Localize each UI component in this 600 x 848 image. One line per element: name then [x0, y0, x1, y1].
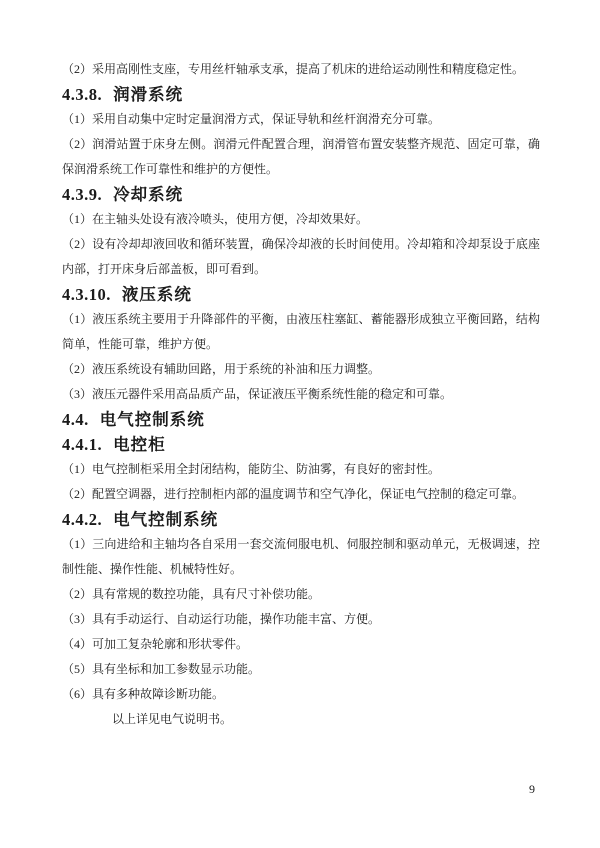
heading-title: 电气控制系统 — [100, 410, 205, 429]
heading-title: 润滑系统 — [113, 85, 183, 104]
heading-number: 4.4.2. — [62, 510, 102, 529]
heading-number: 4.3.9. — [62, 185, 102, 204]
doc-heading: 4.4.电气控制系统 — [62, 407, 540, 432]
doc-paragraph: （2）具有常规的数控功能，具有尺寸补偿功能。 — [62, 582, 540, 607]
doc-paragraph: （5）具有坐标和加工参数显示功能。 — [62, 657, 540, 682]
heading-title: 电控柜 — [113, 435, 166, 454]
doc-paragraph: （1）电气控制柜采用全封闭结构，能防尘、防油雾，有良好的密封性。 — [62, 457, 540, 482]
heading-title: 电气控制系统 — [113, 510, 218, 529]
document-page: （2）采用高刚性支座，专用丝杆轴承支承，提高了机床的进给运动刚性和精度稳定性。 … — [0, 0, 600, 848]
doc-paragraph: （2）润滑站置于床身左侧。润滑元件配置合理，润滑管布置安装整齐规范、固定可靠，确… — [62, 132, 540, 182]
heading-number: 4.3.8. — [62, 85, 102, 104]
doc-heading: 4.3.10.液压系统 — [62, 282, 540, 307]
doc-paragraph: （3）液压元器件采用高品质产品，保证液压平衡系统性能的稳定和可靠。 — [62, 382, 540, 407]
closing-note: 以上详见电气说明书。 — [62, 707, 540, 732]
heading-number: 4.4. — [62, 410, 89, 429]
doc-paragraph: （1）液压系统主要用于升降部件的平衡，由液压柱塞缸、蓄能器形成独立平衡回路，结构… — [62, 307, 540, 357]
doc-paragraph: （2）采用高刚性支座，专用丝杆轴承支承，提高了机床的进给运动刚性和精度稳定性。 — [62, 57, 540, 82]
doc-heading: 4.3.8.润滑系统 — [62, 82, 540, 107]
doc-paragraph: （3）具有手动运行、自动运行功能，操作功能丰富、方便。 — [62, 607, 540, 632]
heading-number: 4.4.1. — [62, 435, 102, 454]
doc-paragraph: （6）具有多种故障诊断功能。 — [62, 682, 540, 707]
doc-paragraph: （1）三向进给和主轴均各自采用一套交流伺服电机、伺服控制和驱动单元，无极调速，控… — [62, 532, 540, 582]
doc-paragraph: （1）采用自动集中定时定量润滑方式，保证导轨和丝杆润滑充分可靠。 — [62, 107, 540, 132]
doc-paragraph: （2）液压系统设有辅助回路，用于系统的补油和压力调整。 — [62, 357, 540, 382]
doc-paragraph: （4）可加工复杂轮廓和形状零件。 — [62, 632, 540, 657]
doc-heading: 4.4.1.电控柜 — [62, 432, 540, 457]
doc-paragraph: （2）设有冷却却液回收和循环装置，确保冷却液的长时间使用。冷却箱和冷却泵设于底座… — [62, 232, 540, 282]
page-content: （2）采用高刚性支座，专用丝杆轴承支承，提高了机床的进给运动刚性和精度稳定性。 … — [62, 57, 540, 732]
doc-paragraph: （1）在主轴头处设有液冷喷头，使用方便，冷却效果好。 — [62, 207, 540, 232]
page-number: 9 — [525, 782, 539, 796]
heading-title: 冷却系统 — [113, 185, 183, 204]
doc-heading: 4.3.9.冷却系统 — [62, 182, 540, 207]
doc-paragraph: （2）配置空调器，进行控制柜内部的温度调节和空气净化，保证电气控制的稳定可靠。 — [62, 482, 540, 507]
heading-number: 4.3.10. — [62, 285, 111, 304]
doc-heading: 4.4.2.电气控制系统 — [62, 507, 540, 532]
heading-title: 液压系统 — [122, 285, 192, 304]
